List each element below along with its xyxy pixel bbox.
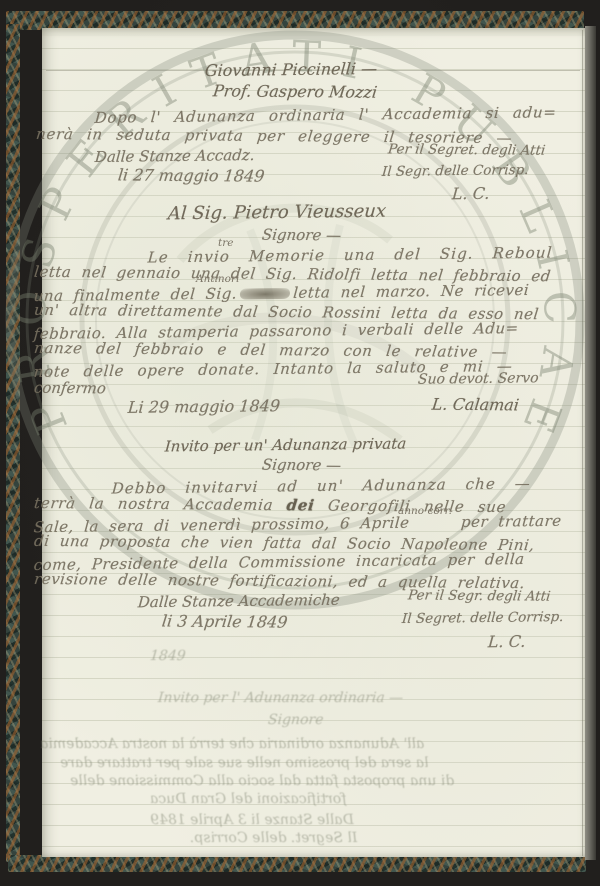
ghost-line-0: 1849 [150, 648, 186, 664]
letter1-name-piccinelli: Giovanni Piccinelli — [205, 60, 377, 79]
letter3-insert-annocorr: anno corr. [398, 505, 452, 517]
ghost-showthrough-2: la sera del prossimo nelle sue sale per … [60, 755, 429, 771]
letter3-greeting: Signore — [262, 456, 341, 474]
ghost-showthrough-6: Il Segret. delle Corrisp. [190, 830, 357, 846]
letter1-initials: L. C. [452, 184, 490, 203]
letter3-signature-role1: Per il Segr. degli Atti [408, 588, 550, 604]
letter1-signature-role2: Il Segr. delle Corrisp. [382, 163, 528, 179]
letter2-greeting: Signore — [262, 226, 341, 244]
letter2-salutation: Al Sig. Pietro Vieusseux [168, 202, 386, 223]
letter2-signature-calamai: L. Calamai [432, 395, 519, 414]
ghost-line-signore: Signore [268, 712, 323, 728]
letter2-insert-antinori: Antinori [196, 273, 239, 285]
letter1-date: li 27 maggio 1849 [118, 166, 265, 185]
letter3-title: Invito per un' Adunanza privata [165, 436, 406, 454]
letter2-body-line1: Le invio Memorie una del Sig. Reboul [148, 246, 552, 264]
letter2-body-line2: letta nel gennaio una del Sig. Ridolfi l… [34, 265, 551, 283]
letter1-body-line1: Dopo l' Adunanza ordinaria l' Accademia … [95, 106, 556, 124]
letter2-body-line3: una finalmente del Sig.letta nel marzo. … [34, 284, 529, 302]
ink-blot-correction [240, 288, 291, 300]
ghost-line-invito: Invito per l' Adunanza ordinaria — [158, 690, 403, 706]
letter2-closing-formula: Suo devot. Servo [418, 371, 539, 387]
ghost-showthrough-3: di una proposta fatta dal socio alla Com… [70, 773, 454, 789]
letter3-body-line1: Debbo invitarvi ad un' Adunanza che — [112, 477, 531, 495]
letter2-body-line4: un' altra direttamente dal Socio Rossini… [34, 303, 539, 321]
letter1-signature-role1: Per il Segret. degli Atti [388, 142, 545, 158]
handwriting-layer: Giovanni Piccinelli — Prof. Gaspero Mozz… [0, 0, 600, 886]
letter2-body-line8: confermo [34, 379, 106, 397]
ghost-showthrough-1: all' Adunanza ordinaria che terrà la nos… [40, 736, 424, 752]
letter2-body-line5: febbraio. Alla stamperia passarono i ver… [34, 322, 518, 340]
letter3-signature-role2: Il Segret. delle Corrisp. [402, 610, 563, 626]
letter3-dateline-place: Dalle Stanze Accademiche [138, 592, 340, 610]
letter2-body-line6: nanze del febbraio e del marzo con le re… [34, 341, 508, 359]
letter1-dateline-place: Dalle Stanze Accadz. [95, 147, 255, 165]
letter1-name-mozzi: Prof. Gaspero Mozzi [213, 82, 377, 101]
letter2-date: Li 29 maggio 1849 [128, 397, 280, 416]
letter3-body-line4: di una proposta che vien fatta dal Socio… [34, 534, 535, 552]
ghost-showthrough-4: fortificazioni del Gran Duca [150, 791, 346, 807]
ghost-showthrough-5: Dalle Stanze li 3 Aprile 1849 [150, 812, 354, 828]
letter3-date: li 3 Aprile 1849 [162, 612, 288, 631]
letter3-body-line3: Sale, la sera di venerdì prossimo, 6 Apr… [34, 515, 561, 533]
overwritten-word: dei [286, 496, 316, 514]
letter3-initials: L. C. [488, 632, 526, 651]
letter3-body-line5: come, Presidente della Commissione incar… [34, 553, 524, 571]
letter2-insert-tre: tre [218, 237, 233, 249]
